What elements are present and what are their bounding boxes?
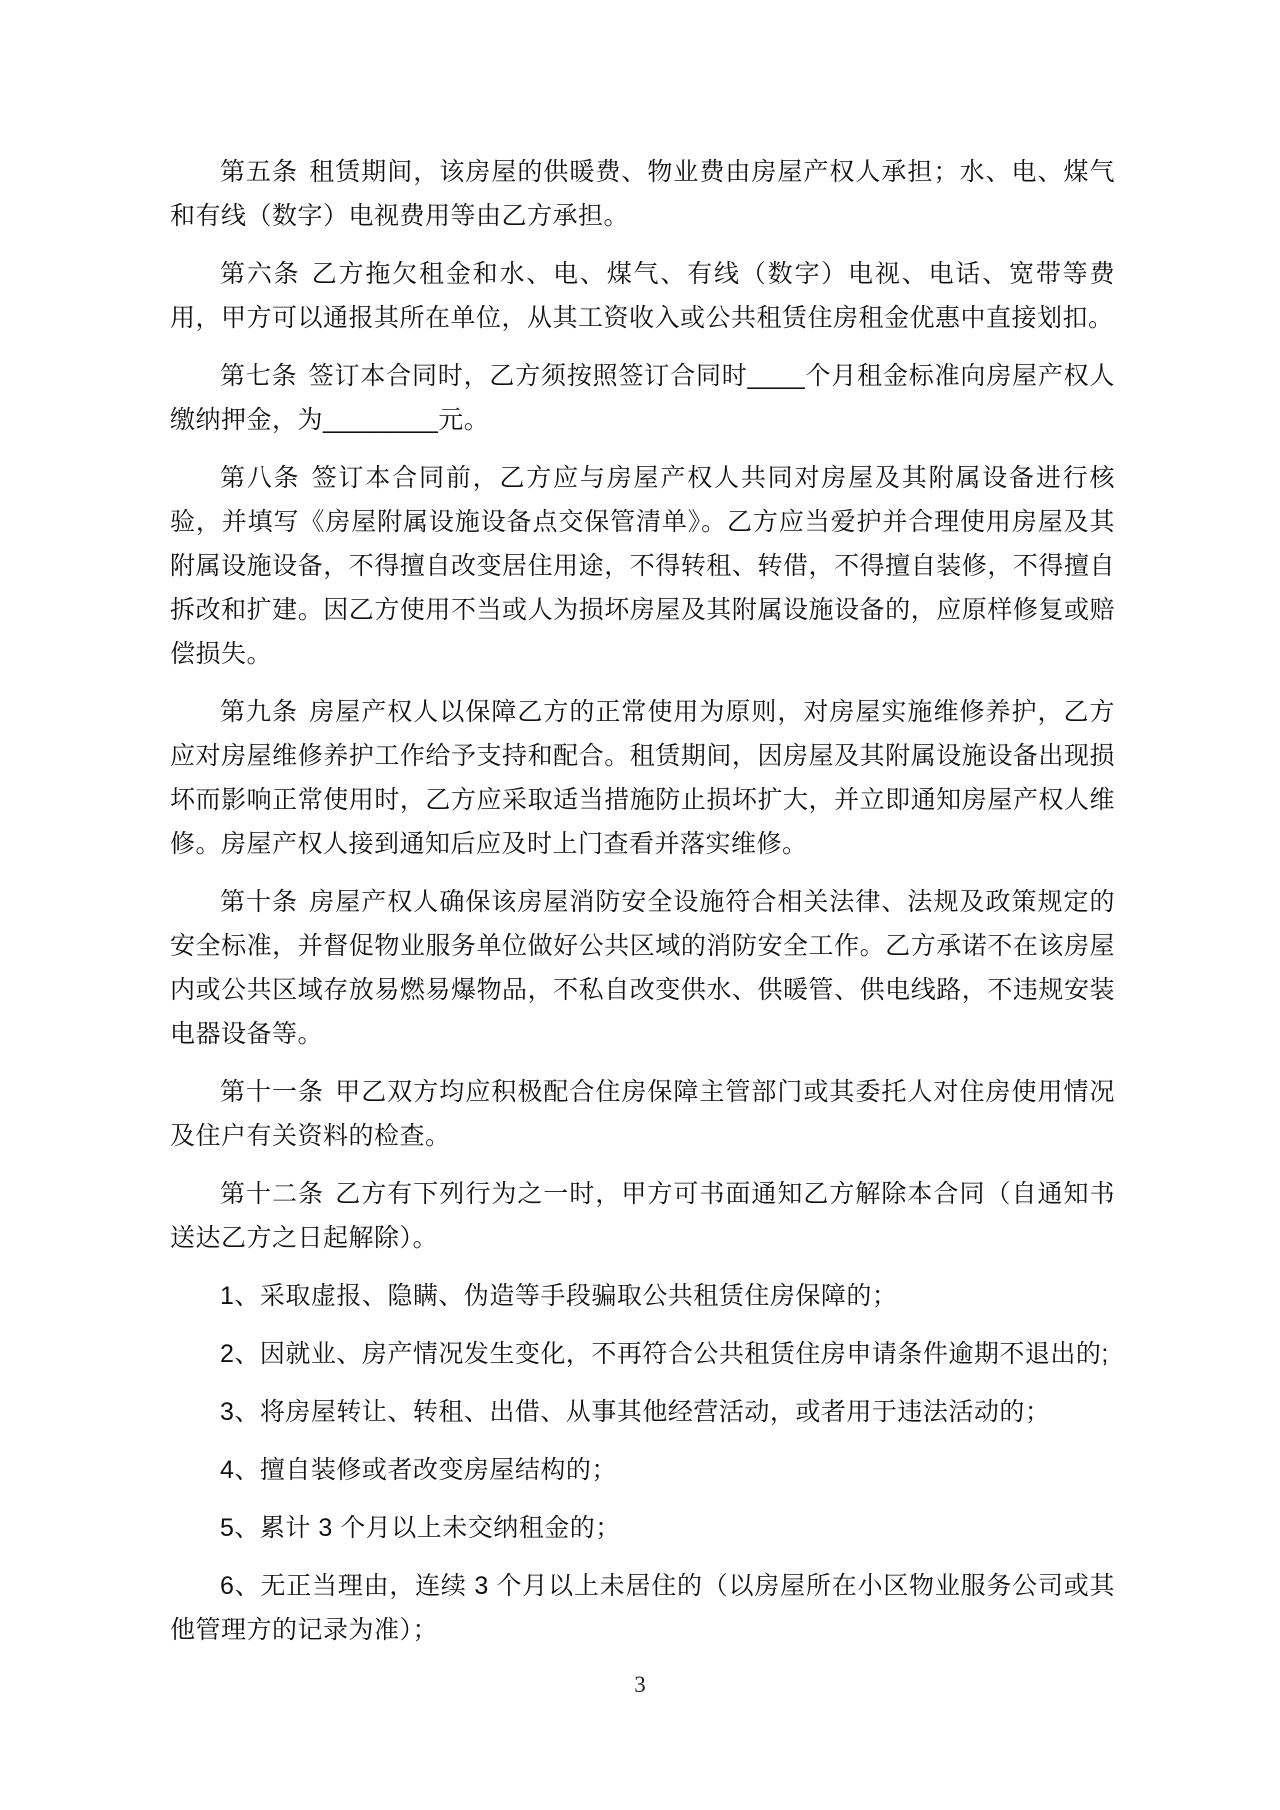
list-item-1: 1、采取虚报、隐瞒、伪造等手段骗取公共租赁住房保障的； <box>170 1274 1115 1318</box>
article-7-label: 第七条 <box>220 362 297 390</box>
article-9: 第九条房屋产权人以保障乙方的正常使用为原则，对房屋实施维修养护，乙方应对房屋维修… <box>170 690 1115 866</box>
article-6: 第六条乙方拖欠租金和水、电、煤气、有线（数字）电视、电话、宽带等费用，甲方可以通… <box>170 252 1115 340</box>
article-5: 第五条租赁期间，该房屋的供暖费、物业费由房屋产权人承担；水、电、煤气和有线（数字… <box>170 150 1115 238</box>
list-item-6: 6、无正当理由，连续 3 个月以上未居住的（以房屋所在小区物业服务公司或其他管理… <box>170 1564 1115 1652</box>
article-11-label: 第十一条 <box>220 1078 324 1106</box>
article-8-label: 第八条 <box>220 464 300 492</box>
article-7: 第七条签订本合同时，乙方须按照签订合同时____个月租金标准向房屋产权人缴纳押金… <box>170 354 1115 442</box>
article-8: 第八条签订本合同前，乙方应与房屋产权人共同对房屋及其附属设备进行核验，并填写《房… <box>170 456 1115 676</box>
article-10-text: 房屋产权人确保该房屋消防安全设施符合相关法律、法规及政策规定的安全标准，并督促物… <box>170 888 1115 1048</box>
article-12: 第十二条乙方有下列行为之一时，甲方可书面通知乙方解除本合同（自通知书送达乙方之日… <box>170 1172 1115 1260</box>
article-12-label: 第十二条 <box>220 1180 324 1208</box>
list-item-5: 5、累计 3 个月以上未交纳租金的； <box>170 1506 1115 1550</box>
contract-body: 第五条租赁期间，该房屋的供暖费、物业费由房屋产权人承担；水、电、煤气和有线（数字… <box>170 150 1115 1666</box>
article-5-text: 租赁期间，该房屋的供暖费、物业费由房屋产权人承担；水、电、煤气和有线（数字）电视… <box>170 158 1115 230</box>
article-9-label: 第九条 <box>220 698 298 726</box>
article-8-text: 签订本合同前，乙方应与房屋产权人共同对房屋及其附属设备进行核验，并填写《房屋附属… <box>170 464 1115 668</box>
article-6-text: 乙方拖欠租金和水、电、煤气、有线（数字）电视、电话、宽带等费用，甲方可以通报其所… <box>170 260 1115 332</box>
article-11: 第十一条甲乙双方均应积极配合住房保障主管部门或其委托人对住房使用情况及住户有关资… <box>170 1070 1115 1158</box>
contract-page: 第五条租赁期间，该房屋的供暖费、物业费由房屋产权人承担；水、电、煤气和有线（数字… <box>0 0 1280 1810</box>
list-item-2: 2、因就业、房产情况发生变化，不再符合公共租赁住房申请条件逾期不退出的; <box>170 1332 1115 1376</box>
article-7-text: 签订本合同时，乙方须按照签订合同时____个月租金标准向房屋产权人缴纳押金，为_… <box>170 362 1115 434</box>
page-number: 3 <box>0 1672 1280 1698</box>
list-item-4: 4、擅自装修或者改变房屋结构的； <box>170 1448 1115 1492</box>
article-6-label: 第六条 <box>220 260 300 288</box>
article-5-label: 第五条 <box>220 158 298 186</box>
article-10-label: 第十条 <box>220 888 298 916</box>
article-9-text: 房屋产权人以保障乙方的正常使用为原则，对房屋实施维修养护，乙方应对房屋维修养护工… <box>170 698 1115 858</box>
article-10: 第十条房屋产权人确保该房屋消防安全设施符合相关法律、法规及政策规定的安全标准，并… <box>170 880 1115 1056</box>
list-item-3: 3、将房屋转让、转租、出借、从事其他经营活动，或者用于违法活动的； <box>170 1390 1115 1434</box>
